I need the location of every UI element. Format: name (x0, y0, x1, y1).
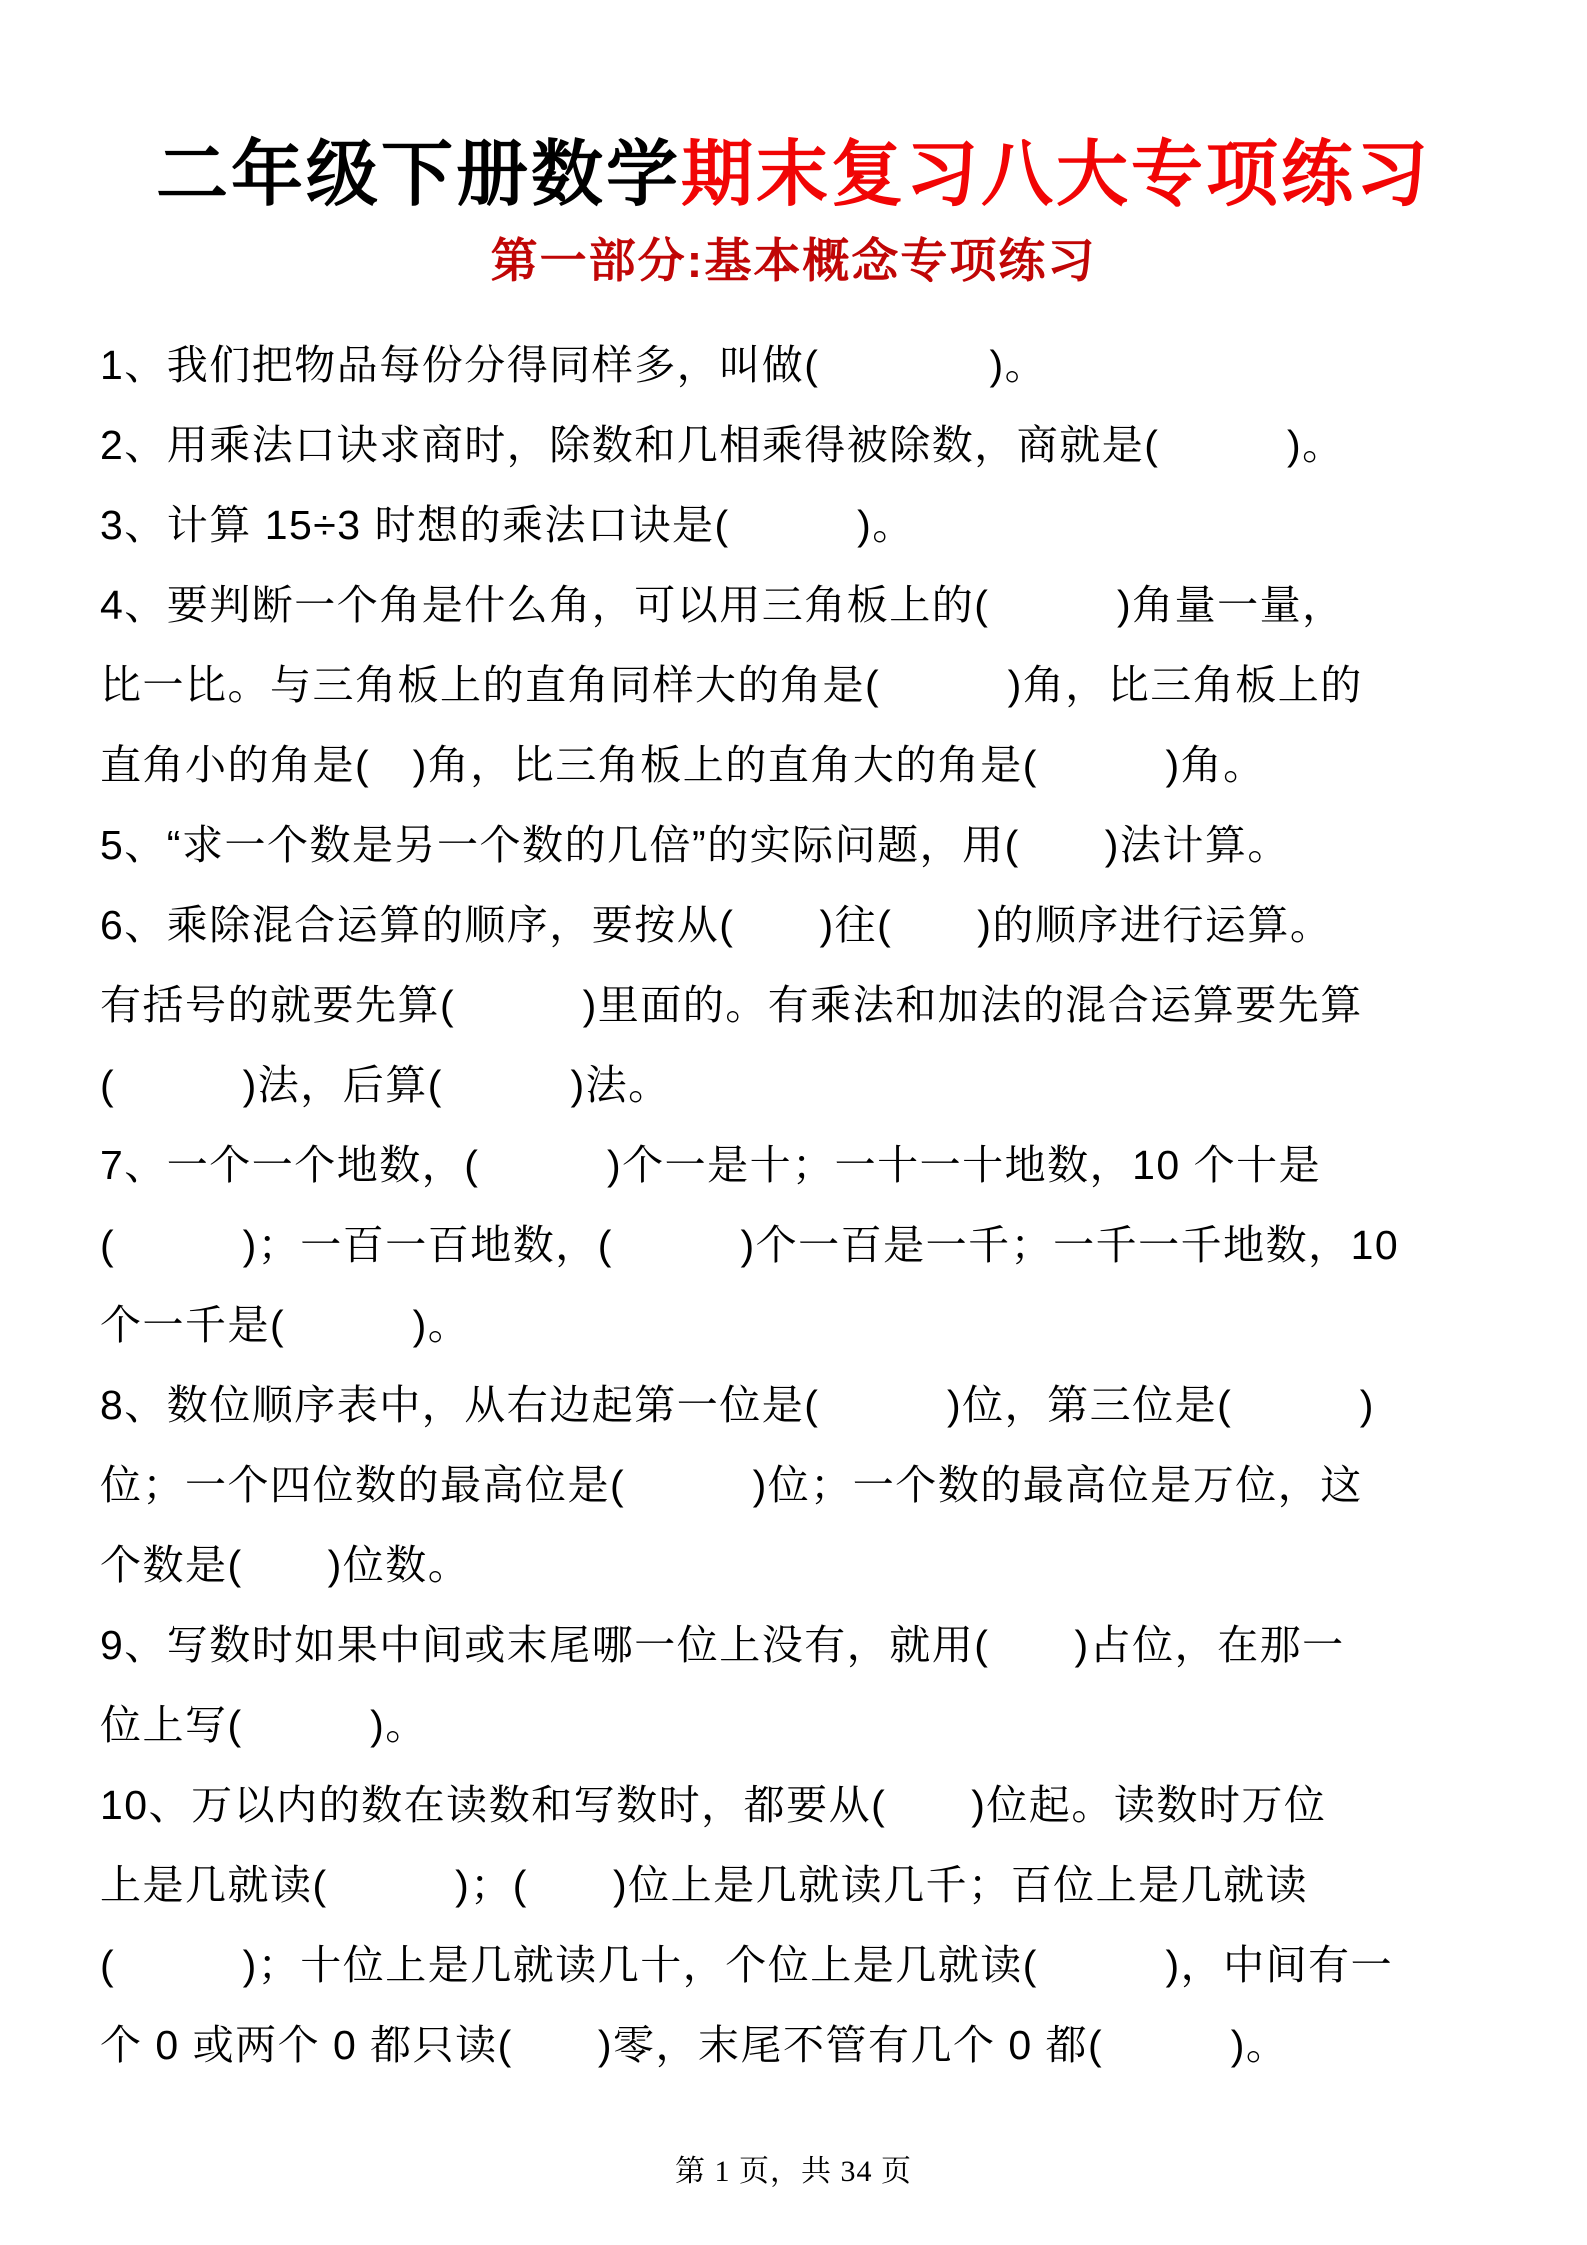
worksheet-line: 位；一个四位数的最高位是( )位；一个数的最高位是万位，这 (100, 1445, 1507, 1525)
worksheet-line: 7、一个一个地数，( )个一是十；一十一十地数，10 个十是 (100, 1125, 1507, 1205)
worksheet-line: 8、数位顺序表中，从右边起第一位是( )位，第三位是( ) (100, 1365, 1507, 1445)
worksheet-line: 直角小的角是( )角，比三角板上的直角大的角是( )角。 (100, 725, 1507, 805)
worksheet-line: 9、写数时如果中间或末尾哪一位上没有，就用( )占位，在那一 (100, 1605, 1507, 1685)
worksheet-body: 1、我们把物品每份分得同样多，叫做( )。2、用乘法口诀求商时，除数和几相乘得被… (100, 325, 1507, 2085)
worksheet-line: 3、计算 15÷3 时想的乘法口诀是( )。 (100, 485, 1507, 565)
worksheet-line: 个一千是( )。 (100, 1285, 1507, 1365)
worksheet-line: 2、用乘法口诀求商时，除数和几相乘得被除数，商就是( )。 (100, 405, 1507, 485)
worksheet-line: ( )；一百一百地数，( )个一百是一千；一千一千地数，10 (100, 1205, 1507, 1285)
worksheet-line: 位上写( )。 (100, 1685, 1507, 1765)
worksheet-line: ( )；十位上是几就读几十，个位上是几就读( )，中间有一 (100, 1925, 1507, 2005)
worksheet-line: 个数是( )位数。 (100, 1525, 1507, 1605)
worksheet-line: 1、我们把物品每份分得同样多，叫做( )。 (100, 325, 1507, 405)
worksheet-line: 5、“求一个数是另一个数的几倍”的实际问题，用( )法计算。 (100, 805, 1507, 885)
section-subtitle: 第一部分:基本概念专项练习 (0, 224, 1587, 291)
worksheet-line: ( )法，后算( )法。 (100, 1045, 1507, 1125)
page-title: 二年级下册数学期末复习八大专项练习 (0, 136, 1587, 215)
worksheet-line: 4、要判断一个角是什么角，可以用三角板上的( )角量一量， (100, 565, 1507, 645)
worksheet-line: 个 0 或两个 0 都只读( )零，末尾不管有几个 0 都( )。 (100, 2005, 1507, 2085)
page-title-red-part: 期末复习八大专项练习 (681, 135, 1431, 215)
worksheet-line: 6、乘除混合运算的顺序，要按从( )往( )的顺序进行运算。 (100, 885, 1507, 965)
worksheet-line: 上是几就读( )；( )位上是几就读几千；百位上是几就读 (100, 1845, 1507, 1925)
worksheet-page: 二年级下册数学期末复习八大专项练习 第一部分:基本概念专项练习 1、我们把物品每… (0, 0, 1587, 2245)
page-footer: 第 1 页，共 34 页 (0, 2146, 1587, 2190)
worksheet-line: 比一比。与三角板上的直角同样大的角是( )角，比三角板上的 (100, 645, 1507, 725)
page-title-black-part: 二年级下册数学 (156, 135, 681, 215)
worksheet-line: 10、万以内的数在读数和写数时，都要从( )位起。读数时万位 (100, 1765, 1507, 1845)
worksheet-line: 有括号的就要先算( )里面的。有乘法和加法的混合运算要先算 (100, 965, 1507, 1045)
